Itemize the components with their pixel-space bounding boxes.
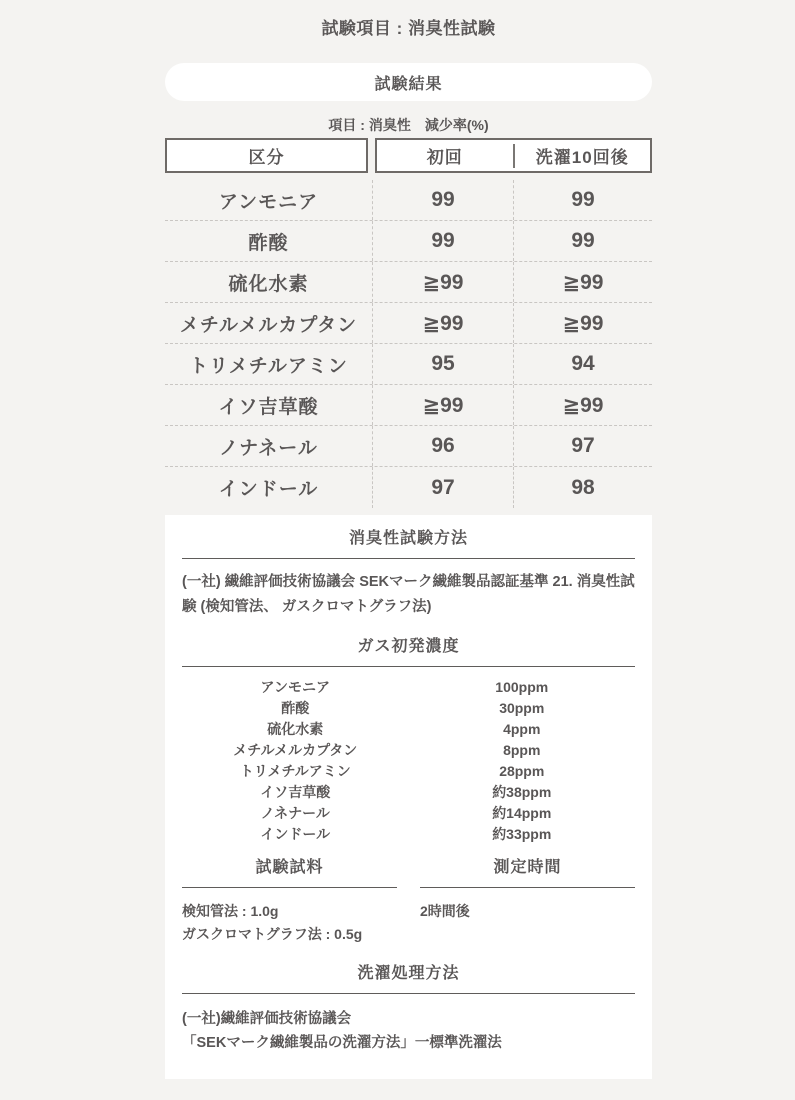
time-line: 2時間後 xyxy=(420,900,635,923)
table-row: 硫化水素 ≧99 ≧99 xyxy=(165,262,652,303)
gas-label: 硫化水素 xyxy=(182,719,409,740)
table-row: メチルメルカプタン ≧99 ≧99 xyxy=(165,303,652,344)
sample-and-time-section: 試験試料 検知管法 : 1.0g ガスクロマトグラフ法 : 0.5g 測定時間 … xyxy=(182,858,635,946)
gas-value: 4ppm xyxy=(409,719,636,740)
row-value-after: 99 xyxy=(513,180,652,220)
sample-line: 検知管法 : 1.0g xyxy=(182,900,397,923)
page-title: 試験項目 : 消臭性試験 xyxy=(165,0,652,40)
gas-row: 酢酸 30ppm xyxy=(182,698,635,719)
row-value-after: 94 xyxy=(513,344,652,384)
column-header-results: 初回 洗濯10回後 xyxy=(375,138,652,173)
row-value-after: 97 xyxy=(513,426,652,466)
washing-line: 「SEKマーク繊維製品の洗濯方法」一標準洗濯法 xyxy=(182,1031,635,1055)
gas-value: 8ppm xyxy=(409,740,636,761)
washing-line: (一社)繊維評価技術協議会 xyxy=(182,1007,635,1031)
section-heading-method: 消臭性試験方法 xyxy=(182,529,635,549)
gas-row: メチルメルカプタン 8ppm xyxy=(182,740,635,761)
table-row: イソ吉草酸 ≧99 ≧99 xyxy=(165,385,652,426)
gas-value: 100ppm xyxy=(409,677,636,698)
row-value-first: ≧99 xyxy=(372,385,513,425)
row-value-first: 99 xyxy=(372,221,513,261)
gas-row: アンモニア 100ppm xyxy=(182,677,635,698)
results-pill-label: 試験結果 xyxy=(374,71,442,94)
row-value-first: 97 xyxy=(372,467,513,508)
gas-label: インドール xyxy=(182,824,409,845)
results-pill: 試験結果 xyxy=(165,63,652,101)
gas-label: アンモニア xyxy=(182,677,409,698)
gas-concentration-list: アンモニア 100ppm 酢酸 30ppm 硫化水素 4ppm メチルメルカプタ… xyxy=(182,677,635,845)
content-column: 試験項目 : 消臭性試験 試験結果 項目 : 消臭性 減少率(%) 区分 初回 … xyxy=(165,0,652,1079)
row-value-after: 99 xyxy=(513,221,652,261)
method-card: 消臭性試験方法 (一社) 繊維評価技術協議会 SEKマーク繊維製品認証基準 21… xyxy=(165,515,652,1079)
row-label: トリメチルアミン xyxy=(165,351,372,378)
gas-value: 約14ppm xyxy=(409,803,636,824)
row-value-after: 98 xyxy=(513,467,652,508)
row-value-after: ≧99 xyxy=(513,385,652,425)
gas-label: トリメチルアミン xyxy=(182,761,409,782)
table-header: 区分 初回 洗濯10回後 xyxy=(165,138,652,173)
gas-row: ノネナール 約14ppm xyxy=(182,803,635,824)
row-label: インドール xyxy=(165,474,372,501)
row-value-first: ≧99 xyxy=(372,303,513,343)
page: 試験項目 : 消臭性試験 試験結果 項目 : 消臭性 減少率(%) 区分 初回 … xyxy=(0,0,795,1100)
row-label: ノナネール xyxy=(165,433,372,460)
column-header-after-wash: 洗濯10回後 xyxy=(515,143,651,168)
table-row: インドール 97 98 xyxy=(165,467,652,508)
row-value-after: ≧99 xyxy=(513,262,652,302)
gas-value: 28ppm xyxy=(409,761,636,782)
sample-line: ガスクロマトグラフ法 : 0.5g xyxy=(182,923,397,946)
row-value-after: ≧99 xyxy=(513,303,652,343)
section-rule xyxy=(182,558,635,559)
gas-row: トリメチルアミン 28ppm xyxy=(182,761,635,782)
gas-label: メチルメルカプタン xyxy=(182,740,409,761)
row-label: 酢酸 xyxy=(165,228,372,255)
gas-row: インドール 約33ppm xyxy=(182,824,635,845)
table-row: ノナネール 96 97 xyxy=(165,426,652,467)
time-column: 測定時間 2時間後 xyxy=(420,858,635,946)
gas-value: 30ppm xyxy=(409,698,636,719)
table-row: トリメチルアミン 95 94 xyxy=(165,344,652,385)
gas-row: 硫化水素 4ppm xyxy=(182,719,635,740)
row-value-first: 95 xyxy=(372,344,513,384)
section-rule xyxy=(182,887,397,888)
section-rule xyxy=(420,887,635,888)
table-caption: 項目 : 消臭性 減少率(%) xyxy=(165,115,652,135)
column-header-first: 初回 xyxy=(377,143,513,168)
column-header-category: 区分 xyxy=(165,138,368,173)
row-label: イソ吉草酸 xyxy=(165,392,372,419)
table-body: アンモニア 99 99 酢酸 99 99 硫化水素 ≧99 ≧99 メチルメルカ… xyxy=(165,173,652,508)
table-row: アンモニア 99 99 xyxy=(165,180,652,221)
section-heading-gas: ガス初発濃度 xyxy=(182,637,635,657)
section-rule xyxy=(182,666,635,667)
gas-label: ノネナール xyxy=(182,803,409,824)
gas-row: イソ吉草酸 約38ppm xyxy=(182,782,635,803)
row-label: メチルメルカプタン xyxy=(165,310,372,337)
sample-lines: 検知管法 : 1.0g ガスクロマトグラフ法 : 0.5g xyxy=(182,900,397,946)
table-row: 酢酸 99 99 xyxy=(165,221,652,262)
row-value-first: 96 xyxy=(372,426,513,466)
section-heading-sample: 試験試料 xyxy=(182,858,397,878)
washing-lines: (一社)繊維評価技術協議会 「SEKマーク繊維製品の洗濯方法」一標準洗濯法 xyxy=(182,1007,635,1055)
time-lines: 2時間後 xyxy=(420,900,635,923)
row-label: アンモニア xyxy=(165,187,372,214)
gas-value: 約33ppm xyxy=(409,824,636,845)
gas-label: イソ吉草酸 xyxy=(182,782,409,803)
method-description: (一社) 繊維評価技術協議会 SEKマーク繊維製品認証基準 21. 消臭性試験 … xyxy=(182,570,635,620)
section-heading-time: 測定時間 xyxy=(420,858,635,878)
gas-label: 酢酸 xyxy=(182,698,409,719)
sample-column: 試験試料 検知管法 : 1.0g ガスクロマトグラフ法 : 0.5g xyxy=(182,858,397,946)
row-value-first: 99 xyxy=(372,180,513,220)
gas-value: 約38ppm xyxy=(409,782,636,803)
section-rule xyxy=(182,993,635,994)
section-heading-washing: 洗濯処理方法 xyxy=(182,964,635,984)
row-label: 硫化水素 xyxy=(165,269,372,296)
row-value-first: ≧99 xyxy=(372,262,513,302)
